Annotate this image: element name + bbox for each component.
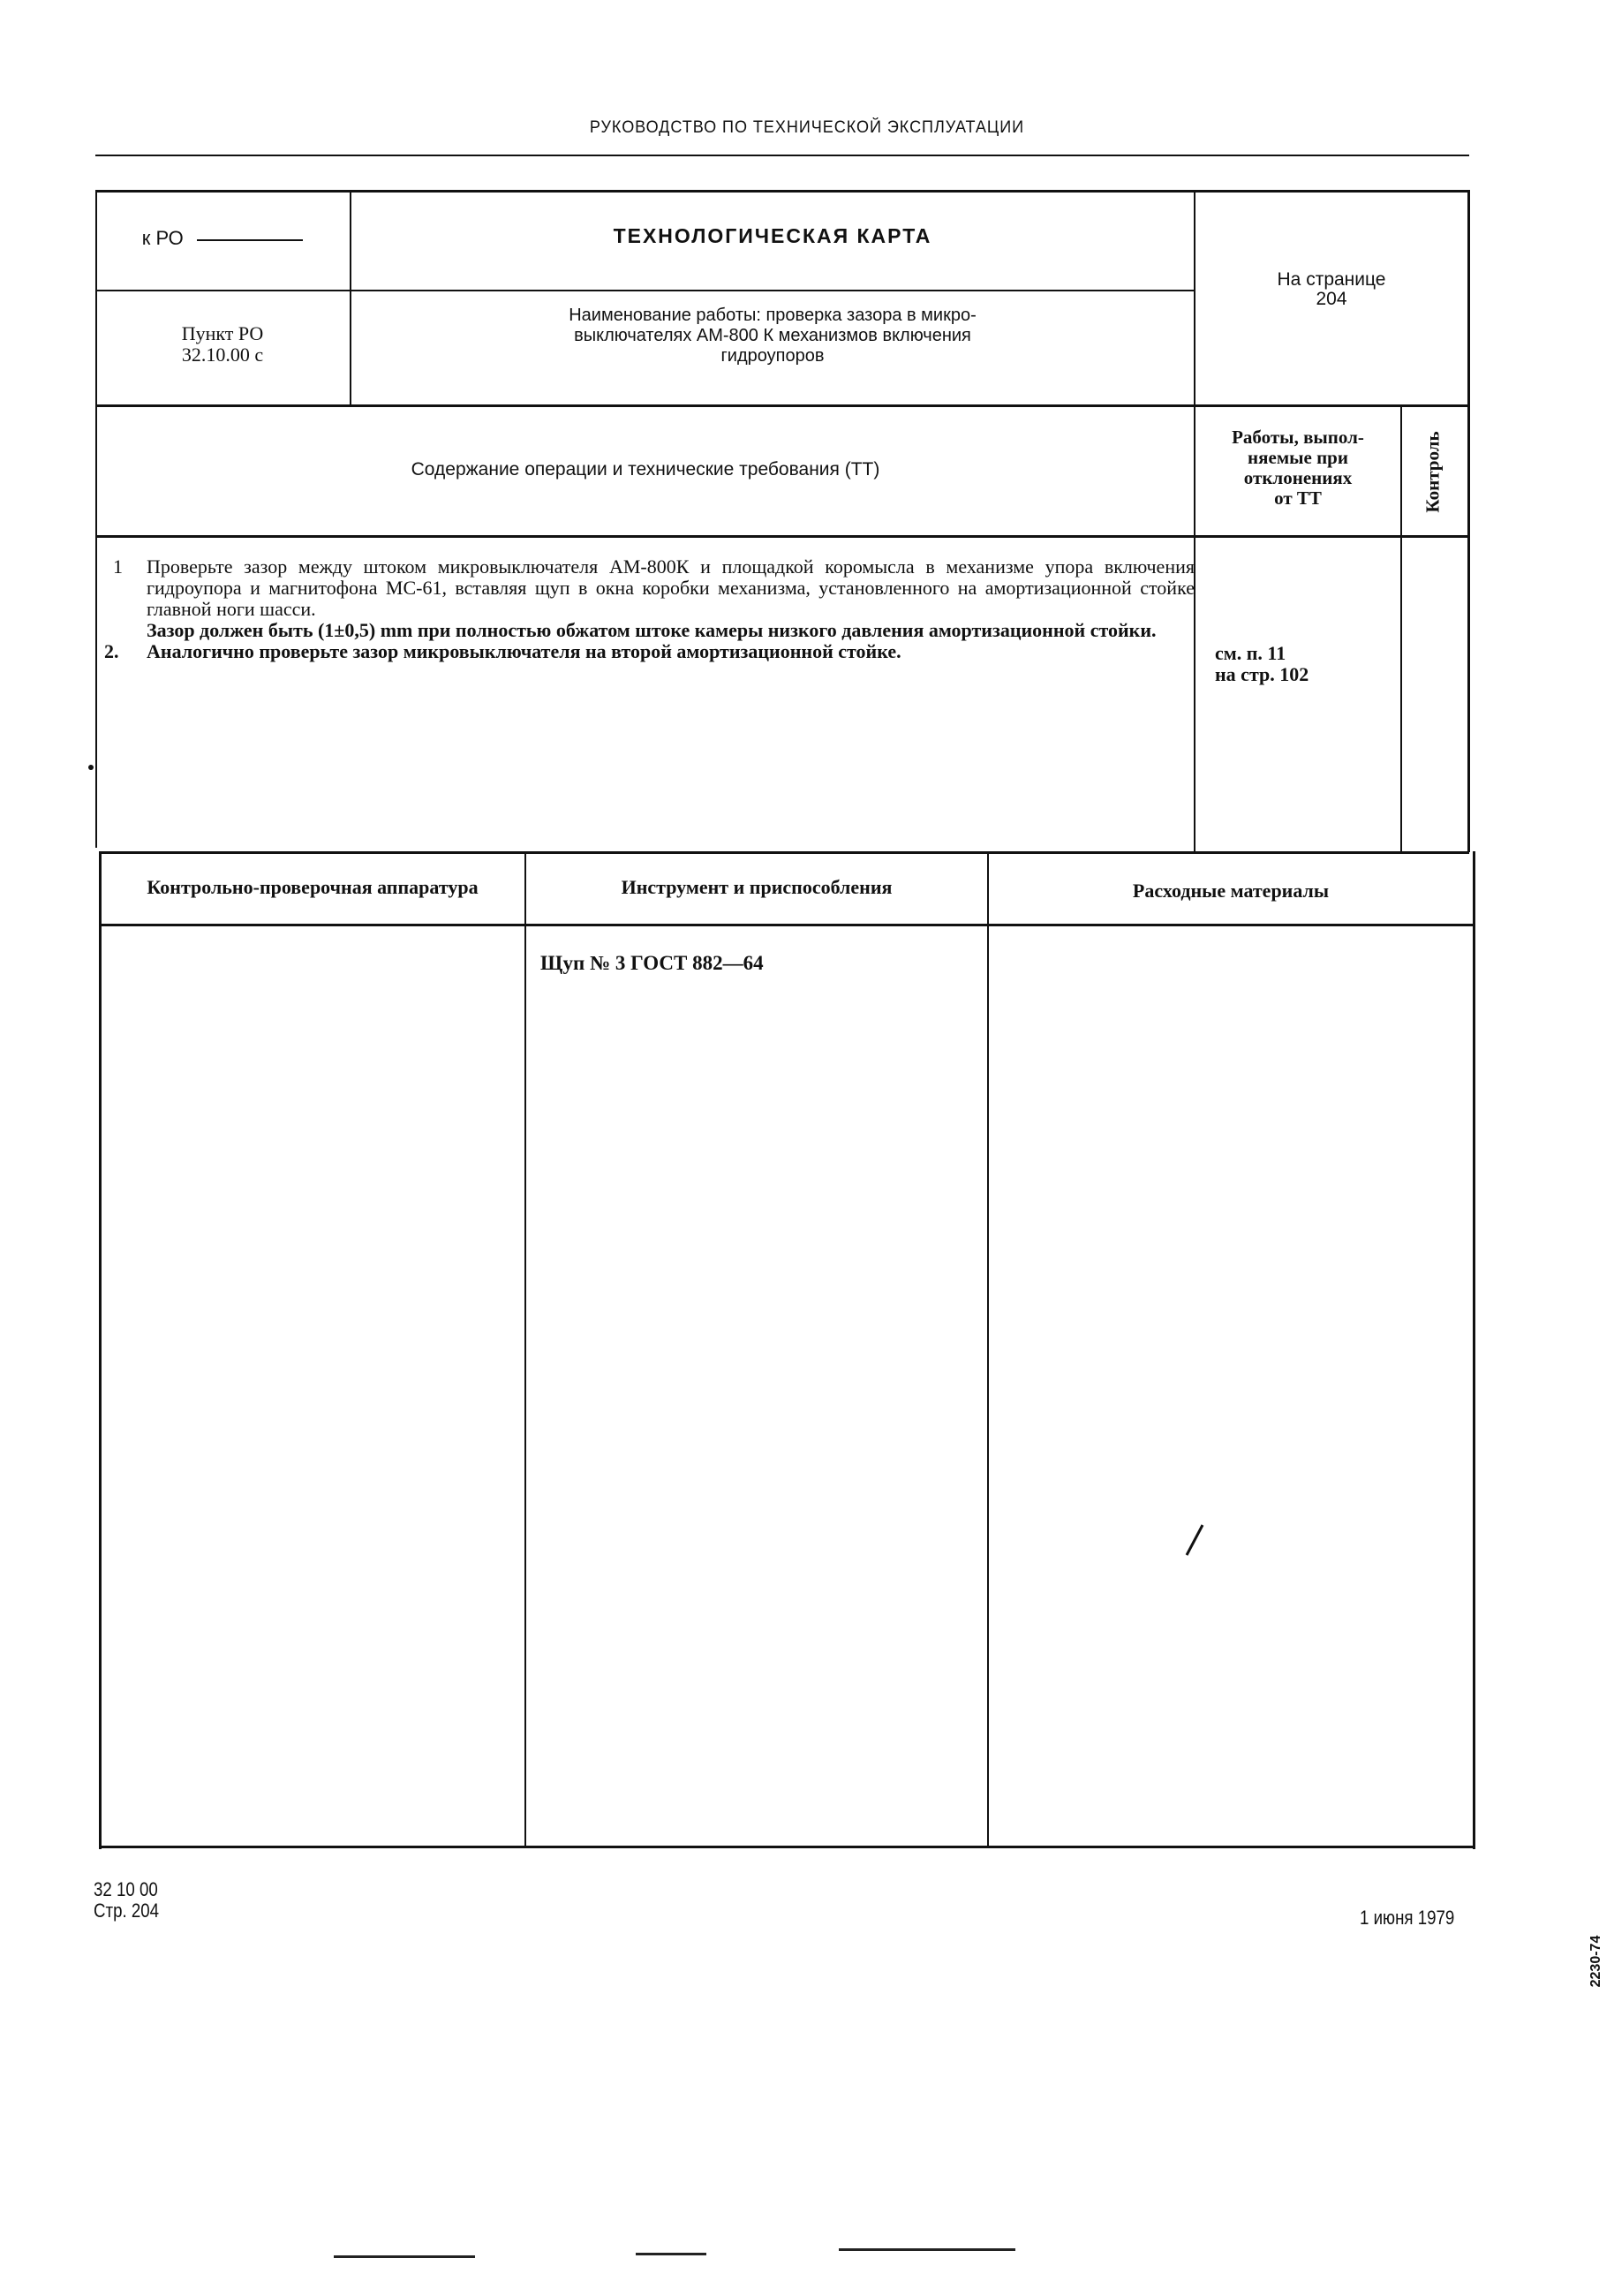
k-ro-label: к РО	[142, 227, 184, 249]
operation-text: Проверьте зазор между штоком микровыключ…	[147, 556, 1195, 620]
operation-requirement: Зазор должен быть (1±0,5) mm при полност…	[147, 620, 1195, 641]
page-reference: На странице 204	[1195, 270, 1467, 309]
scan-artifact	[839, 2248, 1015, 2251]
punkt-ro-label: Пункт РО	[95, 323, 350, 344]
tools-column-header: Инструмент и приспособления	[526, 876, 987, 899]
operation-item: 2. Аналогично проверьте зазор микровыклю…	[113, 641, 1195, 662]
punkt-ro: Пункт РО 32.10.00 с	[95, 323, 350, 366]
control-column-header: Контроль	[1422, 424, 1444, 521]
scan-dot	[88, 765, 94, 770]
equipment-column-header: Контрольно-проверочная аппаратура	[101, 876, 524, 899]
operation-number: 1	[113, 556, 123, 578]
materials-column-header: Расходные материалы	[989, 880, 1473, 903]
tools-entry: Щуп № 3 ГОСТ 882—64	[540, 952, 764, 975]
pen-mark-icon	[1183, 1523, 1210, 1559]
deviation-note: см. п. 11 на стр. 102	[1215, 643, 1309, 685]
running-head: РУКОВОДСТВО ПО ТЕХНИЧЕСКОЙ ЭКСПЛУАТАЦИИ	[41, 118, 1574, 138]
page-reference-label: На странице	[1195, 270, 1467, 290]
scan-artifact	[636, 2253, 706, 2255]
k-ro-blank-line	[197, 239, 303, 241]
operation-number: 2.	[104, 641, 119, 662]
punkt-ro-value: 32.10.00 с	[95, 344, 350, 366]
deviation-column-header: Работы, выпол- няемые при отклонениях от…	[1195, 427, 1400, 509]
operation-text: Аналогично проверьте зазор микровыключат…	[147, 641, 1195, 662]
scan-artifact	[334, 2255, 475, 2258]
content-column-header: Содержание операции и технические требов…	[97, 459, 1194, 480]
footer-page: Стр. 204	[94, 1900, 159, 1922]
page-reference-value: 204	[1195, 290, 1467, 309]
operation-item: 1 Проверьте зазор между штоком микровыкл…	[113, 556, 1195, 641]
running-head-rule	[95, 155, 1469, 156]
footer-date: 1 июня 1979	[1360, 1907, 1454, 1929]
work-name: Наименование работы: проверка зазора в м…	[351, 306, 1194, 366]
side-code: 2230-74	[1588, 1917, 1604, 2005]
footer-section: 32 10 00	[94, 1879, 158, 1900]
document-title: ТЕХНОЛОГИЧЕСКАЯ КАРТА	[351, 224, 1194, 248]
operations-list: 1 Проверьте зазор между штоком микровыкл…	[113, 556, 1195, 662]
k-ro-field: к РО	[95, 228, 350, 249]
